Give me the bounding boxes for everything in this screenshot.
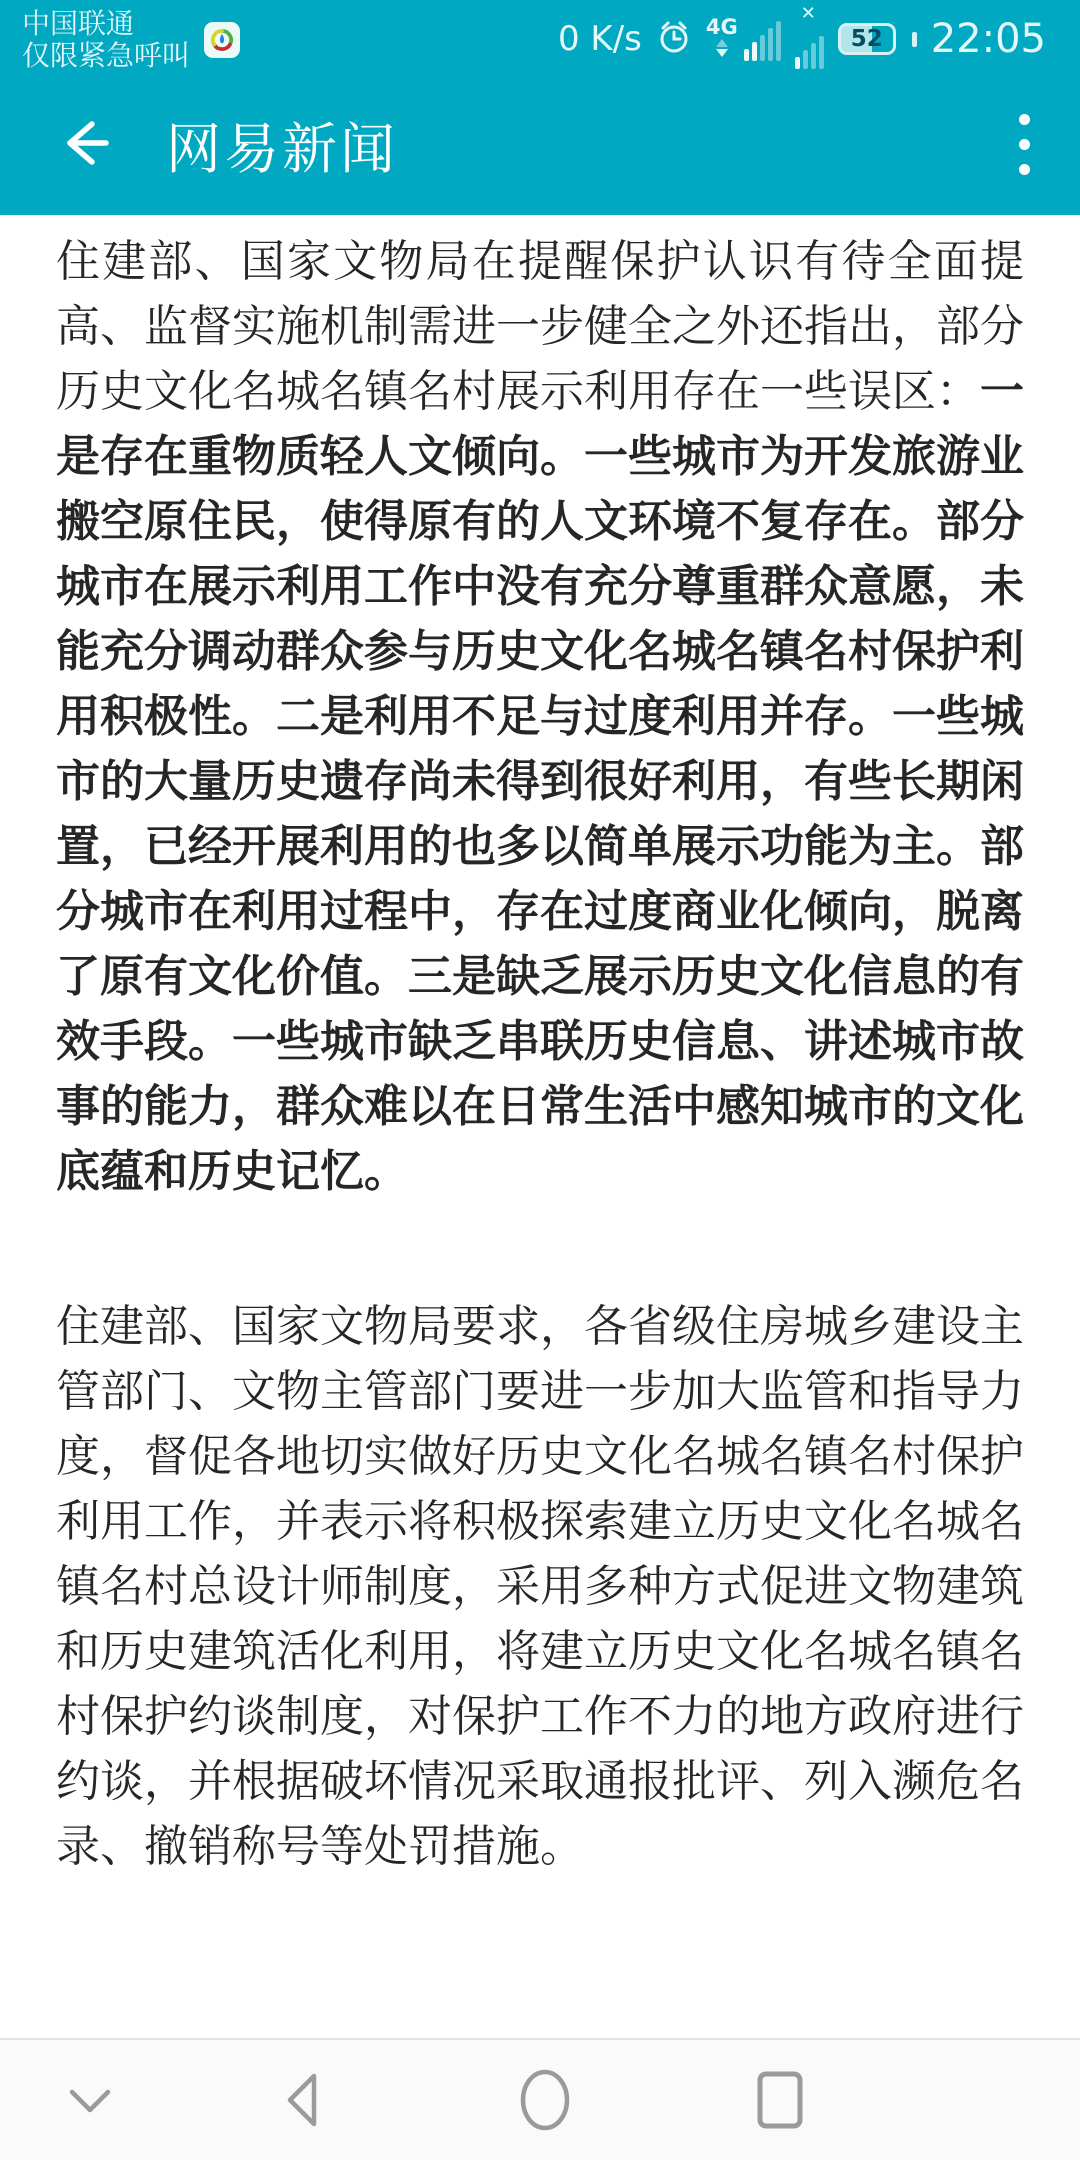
alarm-icon bbox=[656, 19, 692, 59]
nav-recents-button[interactable] bbox=[754, 2068, 806, 2136]
nav-back-button[interactable] bbox=[278, 2068, 326, 2136]
recents-square-icon bbox=[754, 2117, 806, 2136]
clock-time: 22:05 bbox=[931, 16, 1046, 62]
signal-icon-sim2-no-service: ✕ bbox=[795, 9, 824, 69]
nav-home-button[interactable] bbox=[517, 2066, 573, 2138]
menu-dot bbox=[1019, 114, 1030, 125]
phone-screen: 中国联通 仅限紧急呼叫 0 K/s bbox=[0, 0, 1080, 2160]
paragraph-2-text: 住建部、国家文物局要求，各省级住房城乡建设主管部门、文物主管部门要进一步加大监管… bbox=[56, 1301, 1024, 1872]
download-arrow-icon bbox=[716, 49, 728, 57]
battery-icon: 52 bbox=[838, 23, 896, 55]
back-button[interactable] bbox=[48, 112, 114, 178]
status-left: 中国联通 仅限紧急呼叫 bbox=[22, 2, 240, 72]
hide-navbar-button[interactable] bbox=[64, 2086, 116, 2120]
back-triangle-icon bbox=[278, 2117, 326, 2136]
tim-notification-icon bbox=[204, 22, 240, 58]
upload-arrow-icon bbox=[716, 39, 728, 47]
app-header: 网易新闻 bbox=[0, 74, 1080, 215]
overflow-menu-button[interactable] bbox=[1013, 108, 1036, 181]
network-speed: 0 K/s bbox=[558, 19, 642, 59]
status-bar: 中国联通 仅限紧急呼叫 0 K/s bbox=[0, 0, 1080, 74]
battery-nub bbox=[912, 32, 917, 47]
chevron-down-icon bbox=[64, 2101, 116, 2120]
status-right: 0 K/s 4G ✕ bbox=[558, 5, 1046, 69]
article-paragraph-1: 住建部、国家文物局在提醒保护认识有待全面提高、监督实施机制需进一步健全之外还指出… bbox=[56, 229, 1024, 1204]
signal-icon-sim1: 4G bbox=[706, 17, 781, 61]
page-title: 网易新闻 bbox=[166, 105, 1013, 184]
battery-percent: 52 bbox=[851, 26, 883, 52]
carrier-block: 中国联通 仅限紧急呼叫 bbox=[22, 8, 190, 72]
menu-dot bbox=[1019, 139, 1030, 150]
article-paragraph-2: 住建部、国家文物局要求，各省级住房城乡建设主管部门、文物主管部门要进一步加大监管… bbox=[56, 1294, 1024, 1879]
carrier-name: 中国联通 bbox=[22, 8, 190, 40]
paragraph-1-regular-text: 住建部、国家文物局在提醒保护认识有待全面提高、监督实施机制需进一步健全之外还指出… bbox=[56, 236, 1024, 417]
no-service-x-icon: ✕ bbox=[801, 5, 816, 23]
network-type-label: 4G bbox=[706, 17, 738, 37]
menu-dot bbox=[1019, 164, 1030, 175]
home-circle-icon bbox=[517, 2119, 573, 2138]
back-arrow-icon bbox=[48, 110, 114, 180]
article-body: 住建部、国家文物局在提醒保护认识有待全面提高、监督实施机制需进一步健全之外还指出… bbox=[0, 215, 1080, 2038]
sim-status-text: 仅限紧急呼叫 bbox=[22, 40, 190, 72]
paragraph-1-bold-text: 一是存在重物质轻人文倾向。一些城市为开发旅游业搬空原住民，使得原有的人文环境不复… bbox=[56, 366, 1024, 1197]
android-nav-bar bbox=[0, 2038, 1080, 2160]
